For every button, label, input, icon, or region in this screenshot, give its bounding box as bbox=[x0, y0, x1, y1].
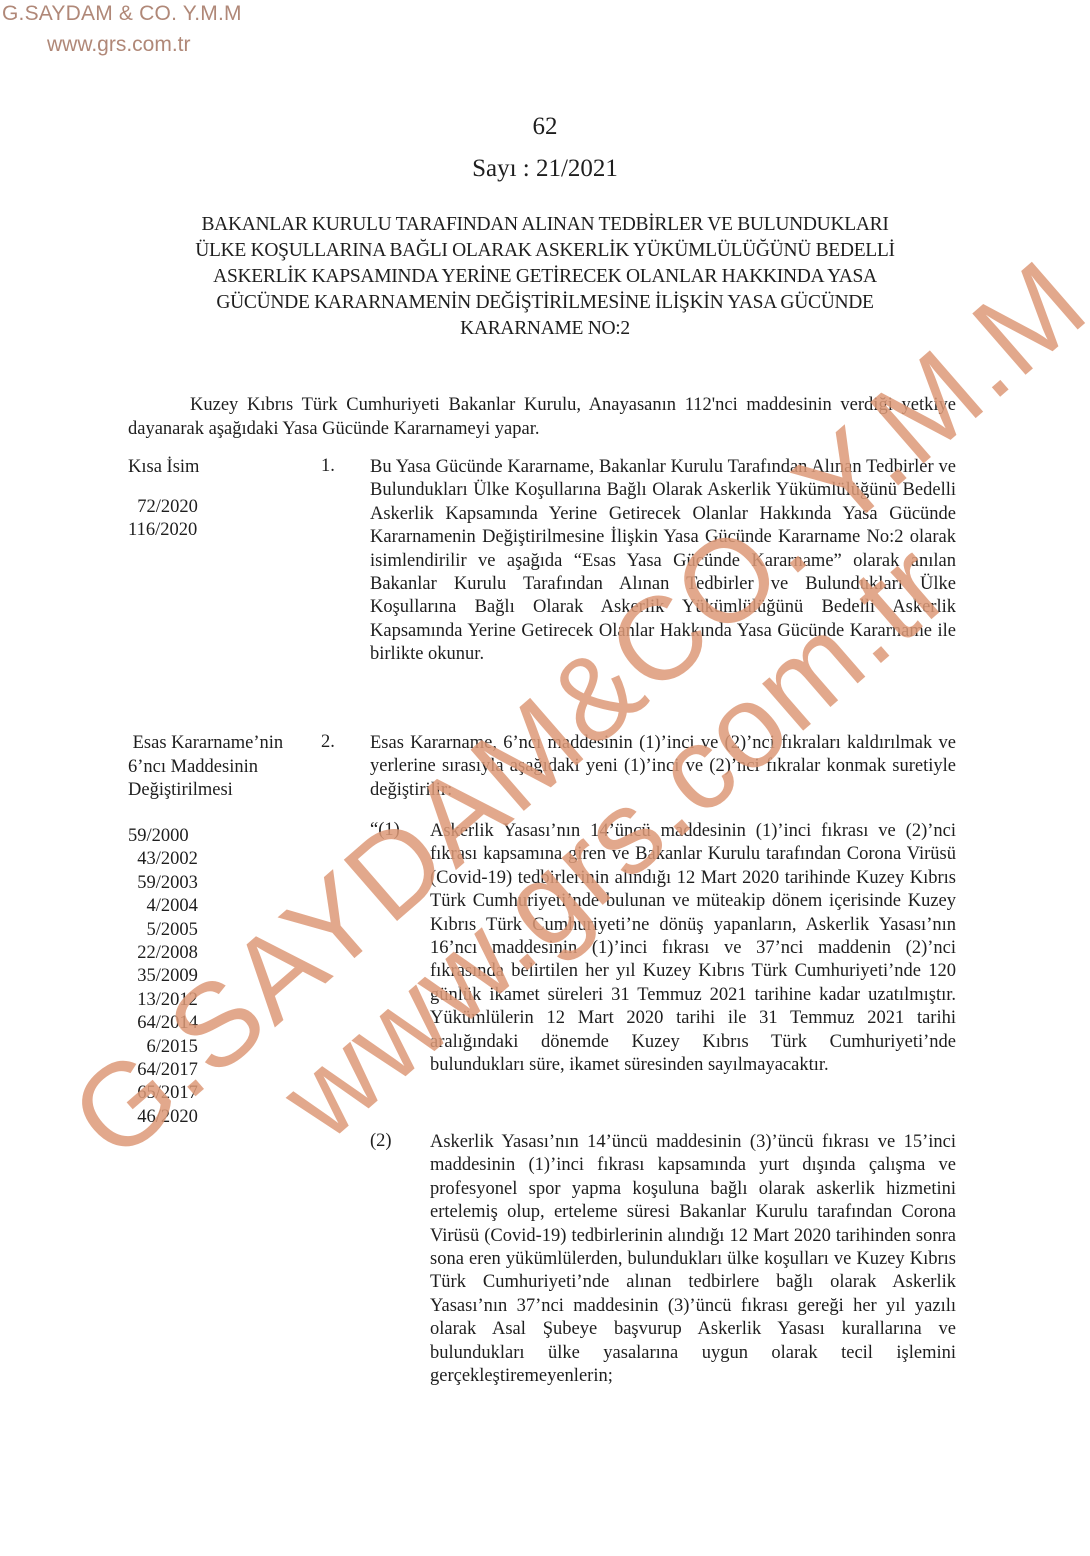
title-line: KARARNAME NO:2 bbox=[160, 316, 930, 342]
ref-item: 5/2005 bbox=[128, 919, 198, 942]
ref-item: 4/2004 bbox=[128, 895, 198, 918]
ref-item: 116/2020 bbox=[128, 519, 198, 542]
preamble: Kuzey Kıbrıs Türk Cumhuriyeti Bakanlar K… bbox=[128, 393, 956, 441]
title-line: BAKANLAR KURULU TARAFINDAN ALINAN TEDBİR… bbox=[160, 212, 930, 238]
subsection-2-label: (2) bbox=[370, 1131, 392, 1152]
ref-item: 46/2020 bbox=[128, 1106, 198, 1129]
header-brand: G.SAYDAM & CO. Y.M.M bbox=[2, 2, 242, 26]
ref-item: 72/2020 bbox=[128, 496, 198, 519]
margin-title-line: Değiştirilmesi bbox=[128, 779, 283, 803]
ref-item: 13/2012 bbox=[128, 989, 198, 1012]
margin-title-line: Esas Kararname’nin bbox=[128, 732, 283, 756]
section-1-margin-title: Kısa İsim bbox=[128, 456, 199, 480]
section-2-refs: 59/2000 43/2002 59/2003 4/2004 5/2005 22… bbox=[128, 825, 198, 1129]
title-line: ASKERLİK KAPSAMINDA YERİNE GETİRECEK OLA… bbox=[160, 264, 930, 290]
section-1-number: 1. bbox=[321, 456, 335, 477]
ref-item: 6/2015 bbox=[128, 1036, 198, 1059]
ref-item: 64/2017 bbox=[128, 1059, 198, 1082]
ref-item: 59/2000 bbox=[128, 825, 198, 848]
section-1-refs: 72/2020 116/2020 bbox=[128, 496, 198, 543]
section-2-body: Esas Kararname, 6’ncı maddesinin (1)’inc… bbox=[370, 732, 956, 802]
ref-item: 59/2003 bbox=[128, 872, 198, 895]
section-1-text: Bu Yasa Gücünde Kararname, Bakanlar Kuru… bbox=[370, 456, 956, 667]
page-number: 62 bbox=[0, 113, 1090, 141]
issue-number: Sayı : 21/2021 bbox=[0, 155, 1090, 183]
subsection-2-text: Askerlik Yasası’nın 14’üncü maddesinin (… bbox=[430, 1131, 956, 1388]
subsection-2-body: Askerlik Yasası’nın 14’üncü maddesinin (… bbox=[430, 1131, 956, 1388]
margin-title-line: 6’ncı Maddesinin bbox=[128, 756, 283, 780]
ref-item: 43/2002 bbox=[128, 848, 198, 871]
title-line: GÜCÜNDE KARARNAMENİN DEĞİŞTİRİLMESİNE İL… bbox=[160, 290, 930, 316]
section-2-text: Esas Kararname, 6’ncı maddesinin (1)’inc… bbox=[370, 732, 956, 802]
header-url: www.grs.com.tr bbox=[47, 33, 191, 57]
title-line: ÜLKE KOŞULLARINA BAĞLI OLARAK ASKERLİK Y… bbox=[160, 238, 930, 264]
ref-item: 64/2014 bbox=[128, 1012, 198, 1035]
ref-item: 65/2017 bbox=[128, 1082, 198, 1105]
subsection-1-text: Askerlik Yasası’nın 14’üncü maddesinin (… bbox=[430, 820, 956, 1077]
subsection-1-body: Askerlik Yasası’nın 14’üncü maddesinin (… bbox=[430, 820, 956, 1077]
section-1-body: Bu Yasa Gücünde Kararname, Bakanlar Kuru… bbox=[370, 456, 956, 667]
preamble-text: Kuzey Kıbrıs Türk Cumhuriyeti Bakanlar K… bbox=[128, 393, 956, 441]
ref-item: 35/2009 bbox=[128, 965, 198, 988]
subsection-1-label: “(1) bbox=[370, 820, 400, 841]
section-2-number: 2. bbox=[321, 732, 335, 753]
section-2-margin-title: Esas Kararname’nin 6’ncı Maddesinin Deği… bbox=[128, 732, 283, 803]
ref-item: 22/2008 bbox=[128, 942, 198, 965]
document-title: BAKANLAR KURULU TARAFINDAN ALINAN TEDBİR… bbox=[160, 212, 930, 342]
